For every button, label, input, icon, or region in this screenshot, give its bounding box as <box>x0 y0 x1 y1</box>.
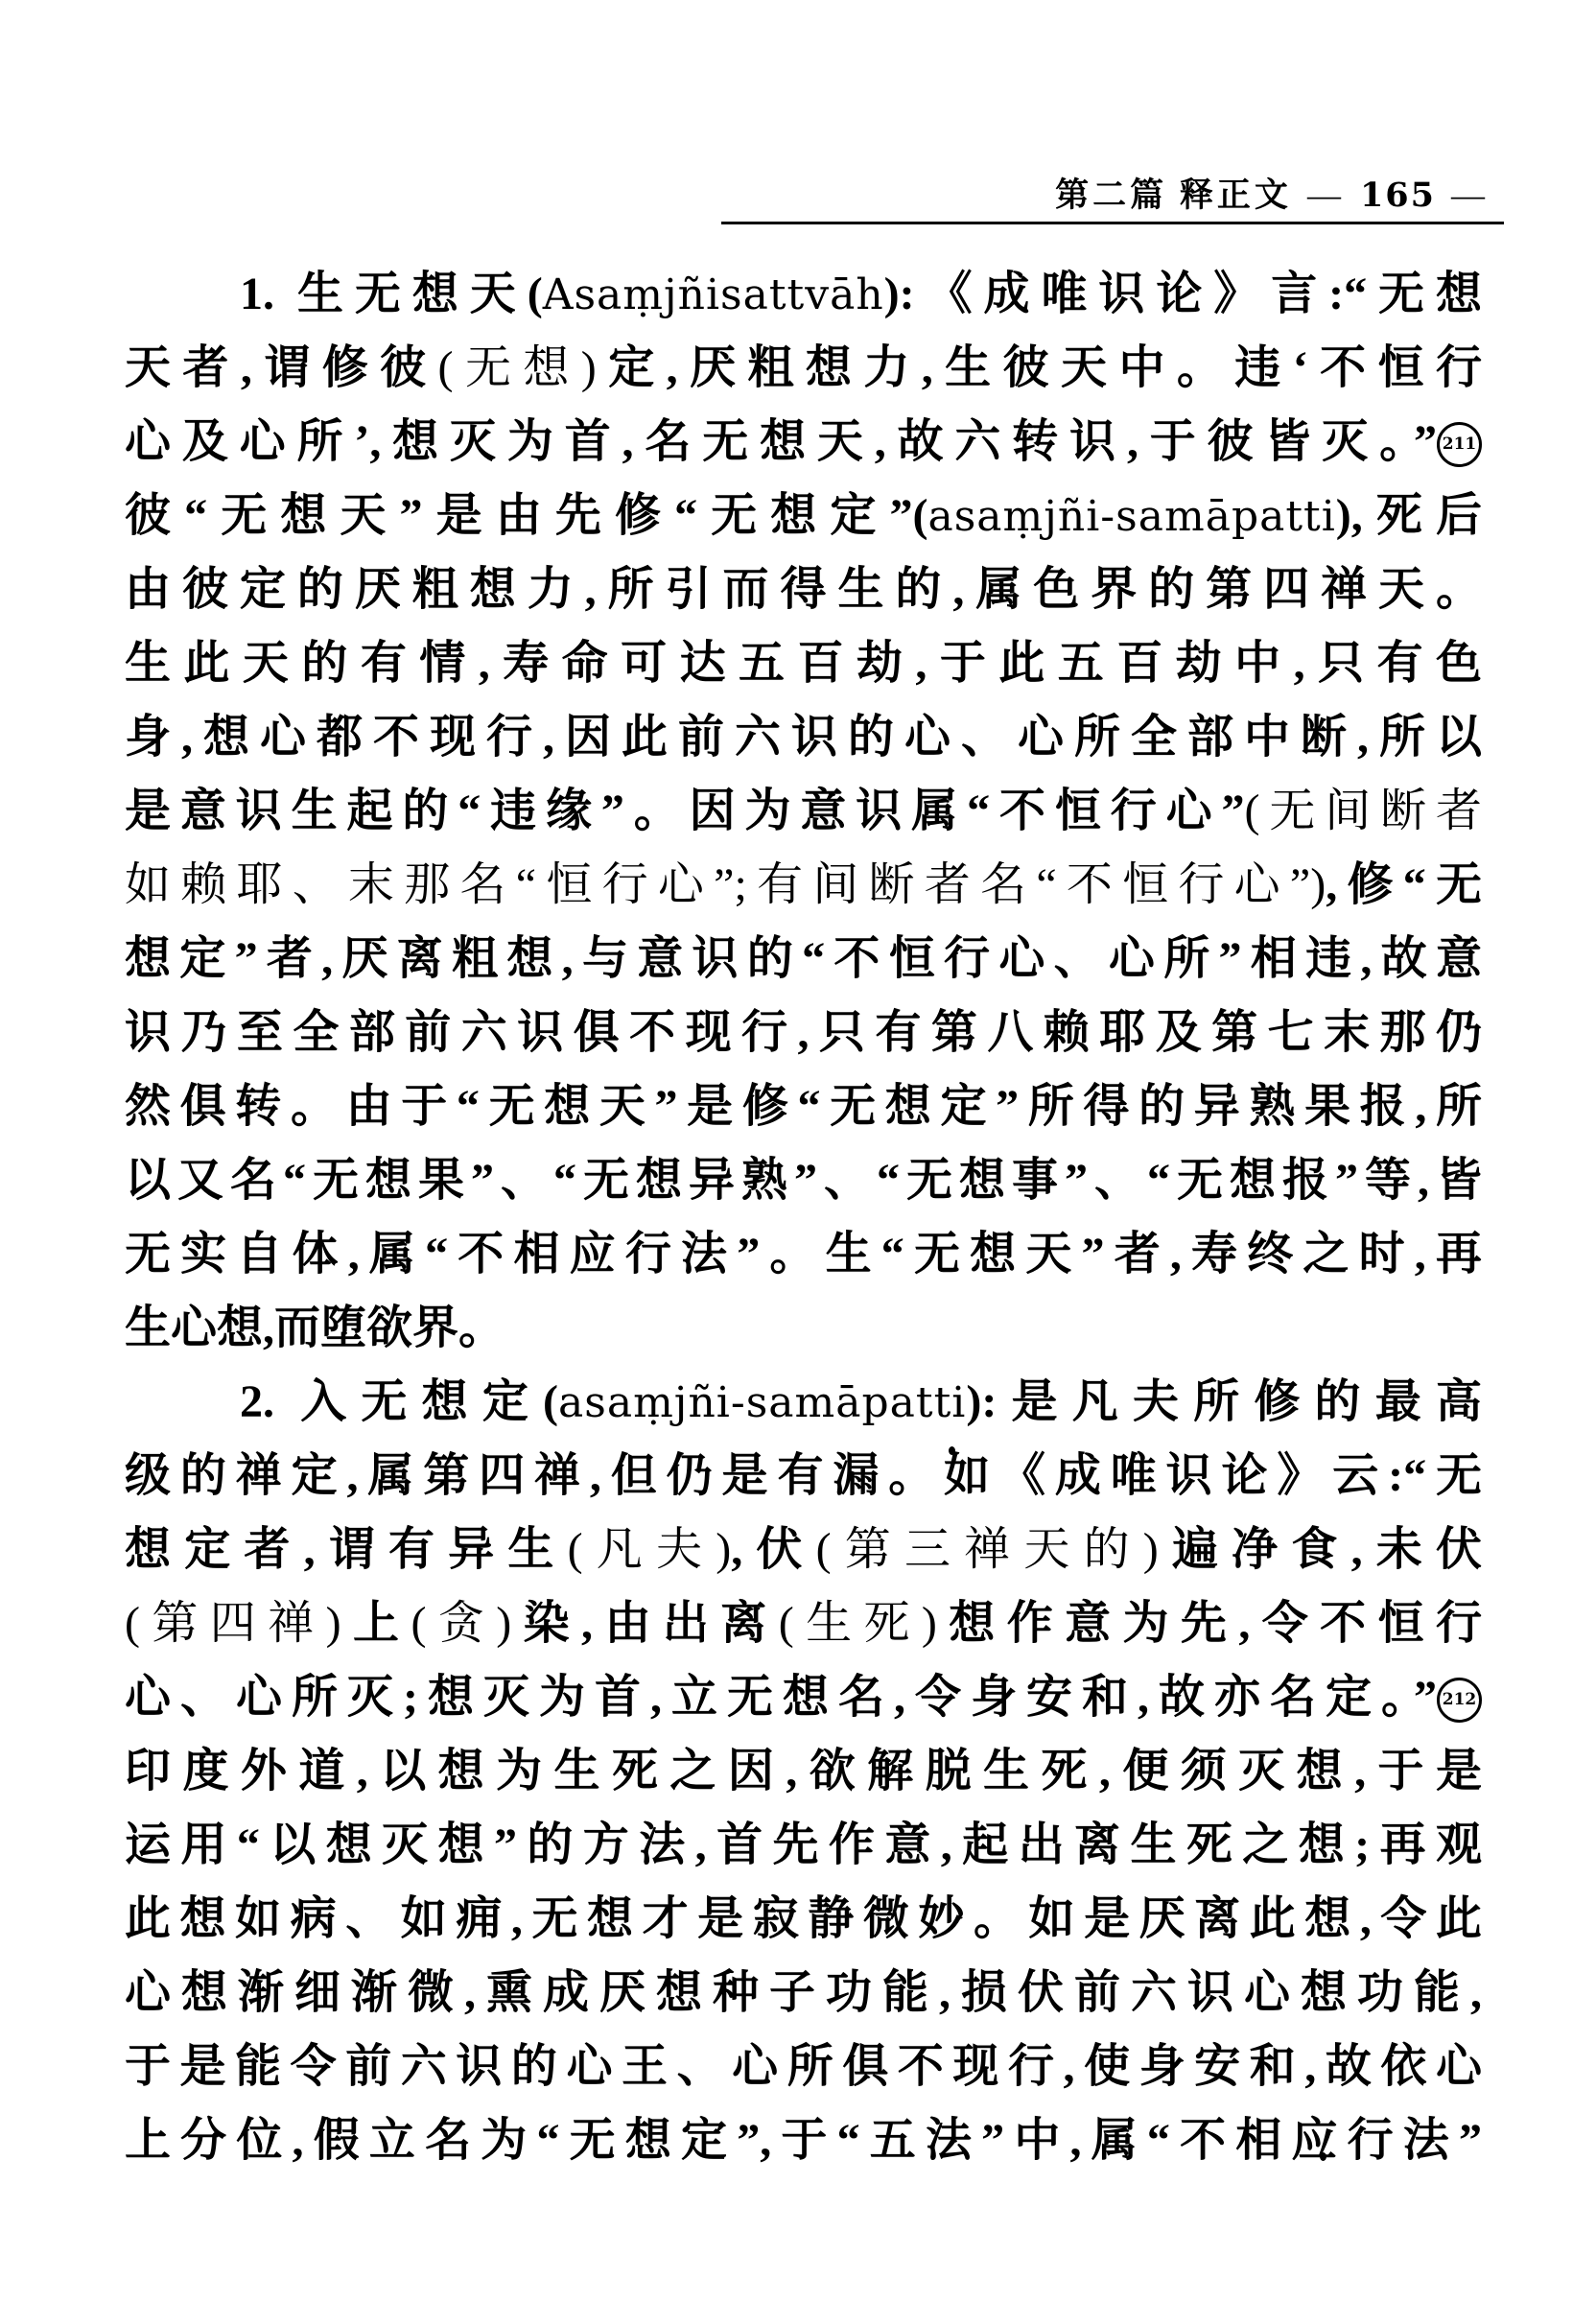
text-segment: 运用“以想灭想”的方法,首先作意,起出离生死之想;再观 <box>125 1820 1482 1870</box>
text-line: 天者,谓修彼(无想)定,厌粗想力,生彼天中。违‘不恒行 <box>125 331 1482 405</box>
text-segment: 想定”者,厌离粗想,与意识的“不恒行心、心所”相违,故意 <box>125 933 1482 984</box>
text-segment: 此想如病、如痈,无想才是寂静微妙。如是厌离此想,令此 <box>125 1893 1482 1944</box>
text-line: 然俱转。由于“无想天”是修“无想定”所得的异熟果报,所 <box>125 1069 1482 1143</box>
text-line: 心、心所灭;想灭为首,立无想名,令身安和,故亦名定。”212 <box>125 1660 1482 1734</box>
text-line: 无实自体,属“不相应行法”。生“无想天”者,寿终之时,再 <box>125 1217 1482 1291</box>
text-segment: 是意识生起的“违缘”。因为意识属“不恒行心” <box>125 786 1244 836</box>
romanization: asaṃjñi-samāpatti <box>558 1378 966 1427</box>
footnote-marker: 211 <box>1437 422 1482 467</box>
text-segment: 染,由出离 <box>511 1598 778 1649</box>
text-segment: 印度外道,以想为生死之因,欲解脱生死,便须灭想,于是 <box>125 1746 1482 1796</box>
text-line: 级的禅定,属第四禅,但仍是有漏。如《成唯识论》云:“无 <box>125 1439 1482 1513</box>
text-segment: 生此天的有情,寿命可达五百劫,于此五百劫中,只有色 <box>125 638 1482 689</box>
text-segment: (凡夫) <box>568 1524 732 1575</box>
romanization: Asaṃjñisattvāh <box>543 270 884 319</box>
text-segment: (无间断者 <box>1244 786 1482 836</box>
text-segment: 生心想,而堕欲界。 <box>125 1303 505 1353</box>
text-segment: 心、心所灭;想灭为首,立无想名,令身安和,故亦名定。” <box>125 1672 1437 1723</box>
text-line: 想定”者,厌离粗想,与意识的“不恒行心、心所”相违,故意 <box>125 922 1482 996</box>
text-line: 于是能令前六识的心王、心所俱不现行,使身安和,故依心 <box>125 2030 1482 2103</box>
header-dash-right: — <box>1451 176 1489 214</box>
romanization: asaṃjñi-samāpatti <box>927 492 1335 541</box>
text-segment: ):是凡夫所修的最高 <box>966 1376 1482 1427</box>
text-line: 心想渐细渐微,熏成厌想种子功能,损伏前六识心想功能, <box>125 1956 1482 2030</box>
text-segment: 识乃至全部前六识俱不现行,只有第八赖耶及第七末那仍 <box>125 1007 1482 1058</box>
scan-speck <box>1320 2152 1326 2161</box>
text-segment: (贪) <box>411 1598 511 1649</box>
text-segment: ,伏 <box>731 1524 815 1575</box>
text-segment: 身,想心都不现行,因此前六识的心、心所全部中断,所以 <box>125 712 1482 763</box>
text-segment: 然俱转。由于“无想天”是修“无想定”所得的异熟果报,所 <box>125 1081 1482 1132</box>
text-segment: ),死后 <box>1336 490 1482 541</box>
text-segment: 以又名“无想果”、“无想异熟”、“无想事”、“无想报”等,皆 <box>125 1155 1482 1206</box>
text-line: 身,想心都不现行,因此前六识的心、心所全部中断,所以 <box>125 700 1482 774</box>
text-line: 想定者,谓有异生(凡夫),伏(第三禅天的)遍净食,未伏 <box>125 1513 1482 1586</box>
text-line: 由彼定的厌粗想力,所引而得生的,属色界的第四禅天。 <box>125 552 1482 626</box>
text-segment: 上分位,假立名为“无想定”,于“五法”中,属“不相应行法” <box>125 2115 1482 2166</box>
text-segment: 天者,谓修彼 <box>125 342 438 393</box>
text-line: 识乃至全部前六识俱不现行,只有第八赖耶及第七末那仍 <box>125 996 1482 1069</box>
text-line: 1. 生无想天(Asaṃjñisattvāh):《成唯识论》言:“无想 <box>125 257 1482 331</box>
text-line: (第四禅)上(贪)染,由出离(生死)想作意为先,令不恒行 <box>125 1586 1482 1660</box>
page-header: 第二篇 释正文—165— <box>1055 169 1504 217</box>
text-line: 上分位,假立名为“无想定”,于“五法”中,属“不相应行法” <box>125 2103 1482 2177</box>
footnote-marker: 212 <box>1437 1678 1482 1723</box>
header-dash-left: — <box>1307 176 1345 214</box>
text-segment: 如赖耶、末那名“恒行心”;有间断者名“不恒行心”) <box>125 859 1326 910</box>
scanned-book-page: 第二篇 释正文—165— 1. 生无想天(Asaṃjñisattvāh):《成唯… <box>0 0 1596 2301</box>
scan-speck <box>949 1446 955 1455</box>
text-segment: 心及心所’,想灭为首,名无想天,故六转识,于彼皆灭。” <box>125 416 1437 467</box>
page-number: 165 <box>1360 176 1436 215</box>
text-segment: 无实自体,属“不相应行法”。生“无想天”者,寿终之时,再 <box>125 1229 1482 1280</box>
text-segment: 由彼定的厌粗想力,所引而得生的,属色界的第四禅天。 <box>125 564 1482 615</box>
text-segment: 1. 生无想天( <box>240 269 543 319</box>
text-line: 如赖耶、末那名“恒行心”;有间断者名“不恒行心”),修“无 <box>125 848 1482 922</box>
text-line: 此想如病、如痈,无想才是寂静微妙。如是厌离此想,令此 <box>125 1882 1482 1956</box>
text-segment: 上 <box>341 1598 411 1649</box>
text-segment: ,修“无 <box>1326 859 1482 910</box>
text-segment: (无想) <box>438 342 597 393</box>
text-line: 以又名“无想果”、“无想异熟”、“无想事”、“无想报”等,皆 <box>125 1143 1482 1217</box>
text-segment: 想作意为先,令不恒行 <box>937 1598 1482 1649</box>
text-segment: ):《成唯识论》言:“无想 <box>884 269 1482 319</box>
header-underline <box>721 222 1504 224</box>
text-segment: (第四禅) <box>125 1598 341 1649</box>
text-line: 生心想,而堕欲界。 <box>125 1291 1482 1365</box>
text-line: 印度外道,以想为生死之因,欲解脱生死,便须灭想,于是 <box>125 1734 1482 1808</box>
section-title: 第二篇 释正文 <box>1055 176 1292 214</box>
text-segment: 想定者,谓有异生 <box>125 1524 568 1575</box>
text-line: 生此天的有情,寿命可达五百劫,于此五百劫中,只有色 <box>125 626 1482 700</box>
text-segment: 遍净食,未伏 <box>1159 1524 1482 1575</box>
text-line: 运用“以想灭想”的方法,首先作意,起出离生死之想;再观 <box>125 1808 1482 1882</box>
text-segment: 于是能令前六识的心王、心所俱不现行,使身安和,故依心 <box>125 2041 1482 2092</box>
text-segment: 定,厌粗想力,生彼天中。违‘不恒行 <box>597 342 1482 393</box>
body-text: 1. 生无想天(Asaṃjñisattvāh):《成唯识论》言:“无想天者,谓修… <box>125 257 1482 2177</box>
text-segment: (生死) <box>779 1598 937 1649</box>
text-segment: 彼“无想天”是由先修“无想定”( <box>125 490 927 541</box>
text-segment: 心想渐细渐微,熏成厌想种子功能,损伏前六识心想功能, <box>125 1967 1482 2018</box>
text-line: 2. 入无想定(asaṃjñi-samāpatti):是凡夫所修的最高 <box>125 1365 1482 1439</box>
text-segment: (第三禅天的) <box>816 1524 1159 1575</box>
text-line: 心及心所’,想灭为首,名无想天,故六转识,于彼皆灭。”211 <box>125 405 1482 479</box>
text-line: 是意识生起的“违缘”。因为意识属“不恒行心”(无间断者 <box>125 774 1482 848</box>
text-segment: 级的禅定,属第四禅,但仍是有漏。如《成唯识论》云:“无 <box>125 1450 1482 1501</box>
text-line: 彼“无想天”是由先修“无想定”(asaṃjñi-samāpatti),死后 <box>125 479 1482 552</box>
text-segment: 2. 入无想定( <box>240 1376 558 1427</box>
